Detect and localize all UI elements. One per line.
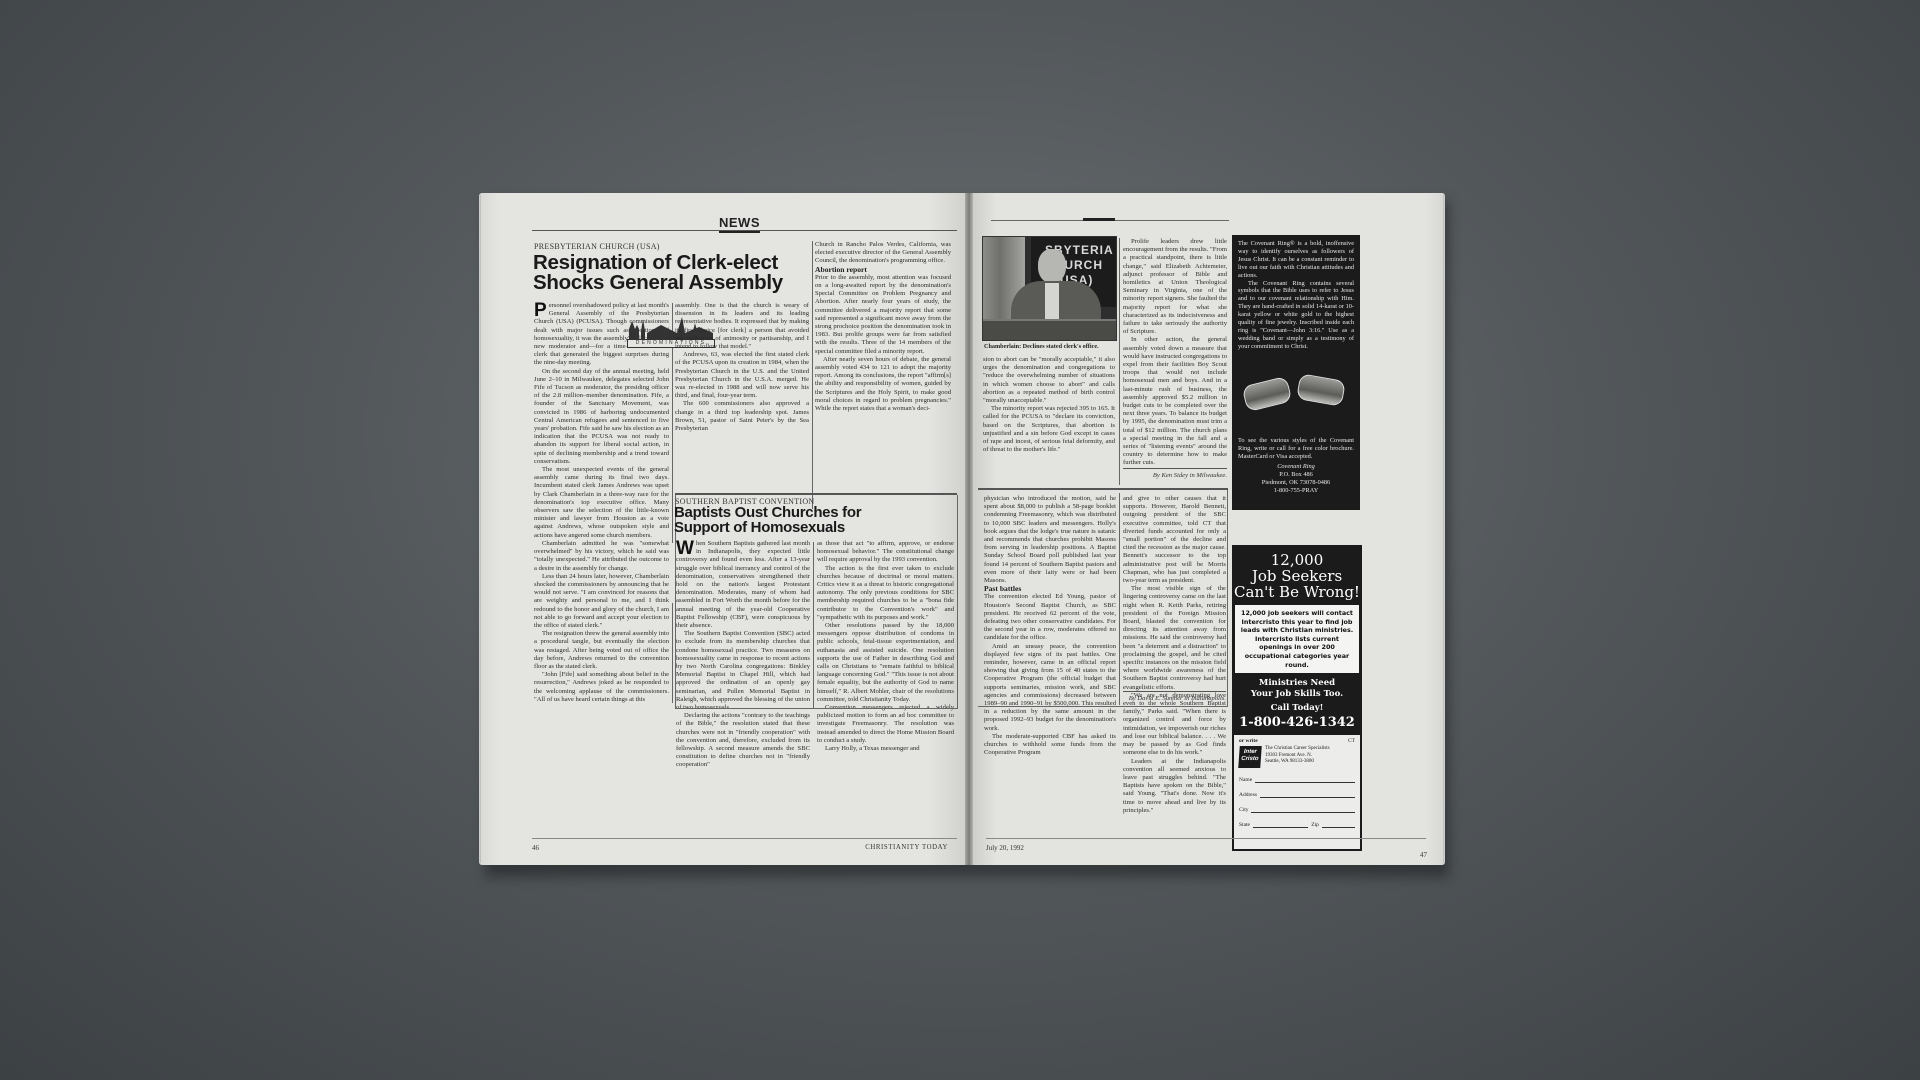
ad-paragraph: The Covenant Ring contains several symbo…	[1238, 280, 1354, 351]
headline-line: Support of Homosexuals	[674, 521, 954, 536]
article1-kicker: PRESBYTERIAN CHURCH (USA)	[534, 242, 660, 251]
photo-caption: Chamberlain: Declines stated clerk's off…	[984, 343, 1099, 350]
paragraph: The resignation threw the general assemb…	[534, 630, 669, 671]
subhead: Past battles	[984, 585, 1116, 593]
paragraph: Declaring the actions "contrary to the t…	[676, 712, 810, 769]
paragraph: Prior to the assembly, most attention wa…	[815, 274, 951, 356]
field-label: City	[1239, 807, 1248, 813]
headline-line: Shocks General Assembly	[533, 273, 803, 293]
ad-paragraph: The Covenant Ring® is a bold, inoffensiv…	[1238, 240, 1354, 280]
field-label: Zip	[1311, 822, 1319, 828]
ad-contact-phone: 1-800-755-PRAY	[1238, 487, 1354, 495]
ad-headline-line: Job Seekers	[1234, 568, 1360, 584]
article1-column-3: Church in Rancho Palos Verdes, Californi…	[815, 241, 951, 509]
article1-byline: By Ken Sidey in Milwaukee.	[1123, 472, 1227, 479]
or-write-label: or write	[1239, 738, 1258, 744]
article1-column-2: assembly. One is that the church is wear…	[675, 302, 809, 507]
article2-byline: By David E. Sumner in Indianapolis.	[1123, 695, 1226, 702]
ad-address: The Christian Career Specialists 19303 F…	[1265, 746, 1330, 768]
paragraph: Chamberlain admitted he was "somewhat ov…	[534, 540, 669, 573]
dropcap: W	[676, 541, 694, 556]
byline-rule	[1123, 468, 1227, 469]
page-edge	[1443, 195, 1445, 863]
ad-contact-city: Piedmont, OK 73078-0486	[1238, 479, 1354, 487]
page-number: 47	[1420, 851, 1427, 859]
paragraph: The action is the first ever taken to ex…	[817, 565, 954, 622]
box-bottom-rule	[675, 708, 958, 709]
photo-chamberlain: SBYTERIA CHURCH (USA)	[982, 236, 1117, 341]
article2-column-3: physician who introduced the motion, sai…	[984, 495, 1116, 705]
section-label: NEWS	[719, 215, 760, 233]
dropcap: P	[534, 303, 547, 318]
ad-body: 12,000 job seekers will contact Intercri…	[1234, 604, 1360, 674]
ad-contact-name: Covenant Ring	[1238, 463, 1354, 471]
paragraph: Leaders at the Indianapolis convention a…	[1123, 758, 1226, 815]
spine-gutter	[965, 193, 973, 865]
address-line: Seattle, WA 98133-3800	[1265, 759, 1330, 766]
paragraph: as those that act "to affirm, approve, o…	[817, 540, 954, 565]
paragraph: The 600 commissioners also approved a ch…	[675, 400, 809, 433]
ad-tagline: Your Job Skills Too.	[1234, 689, 1360, 700]
ad-headline-line: Can't Be Wrong!	[1234, 584, 1360, 600]
ad-headline: 12,000 Job Seekers Can't Be Wrong!	[1234, 547, 1360, 604]
article2-column-4: and give to other causes that it support…	[1123, 495, 1226, 691]
speaker-shirt	[1045, 283, 1059, 323]
paragraph: In other action, the general assembly vo…	[1123, 336, 1227, 467]
ad-phone: 1-800-426-1342	[1234, 715, 1360, 730]
paragraph: On the second day of the annual meeting,…	[534, 368, 669, 466]
paragraph: and give to other causes that it support…	[1123, 495, 1226, 585]
article2-headline: Baptists Oust Churches for Support of Ho…	[674, 506, 954, 535]
paragraph: Andrews, 63, was elected the first state…	[675, 351, 809, 400]
field-label: Name	[1239, 777, 1252, 783]
paragraph: The most unexpected events of the genera…	[534, 466, 669, 540]
intercristo-logo: Inter Cristo	[1238, 746, 1262, 768]
article2-column-2: as those that act "to affirm, approve, o…	[817, 540, 954, 710]
paragraph: Prolife leaders drew little encouragemen…	[1123, 238, 1227, 336]
article1-headline: Resignation of Clerk-elect Shocks Genera…	[533, 253, 803, 293]
column-rule	[672, 603, 673, 703]
state-zip-field[interactable]: StateZip	[1239, 821, 1355, 828]
paragraph: The minority report was rejected 395 to …	[983, 405, 1115, 454]
column-rule	[812, 241, 813, 509]
paragraph: Church in Rancho Palos Verdes, Californi…	[815, 241, 951, 266]
paragraph: hen Southern Baptists gathered last mont…	[676, 540, 810, 629]
page-number: 46	[532, 844, 539, 852]
box-rule	[1227, 490, 1228, 706]
ad-call-to-action: Ministries Need Your Job Skills Too. Cal…	[1234, 674, 1360, 735]
ad-code: CT	[1348, 738, 1355, 744]
paragraph: Convention messengers rejected a widely …	[817, 704, 954, 745]
issue-date: July 20, 1992	[986, 844, 1024, 852]
paragraph: Larry Holly, a Texas messenger and	[817, 745, 954, 753]
speaker-head	[1038, 249, 1066, 283]
address-line: The Christian Career Specialists	[1265, 746, 1330, 753]
column-rule	[1119, 493, 1120, 705]
ring-icon	[1242, 376, 1293, 412]
top-rule-accent	[1083, 218, 1115, 221]
article1-column-1: Personnel overshadowed policy at last mo…	[534, 302, 669, 702]
article1-column-5: Prolife leaders drew little encouragemen…	[1123, 238, 1227, 478]
covenant-ring-ad: The Covenant Ring® is a bold, inoffensiv…	[1232, 235, 1360, 510]
headline-line: Resignation of Clerk-elect	[533, 253, 803, 273]
footer-rule	[532, 838, 957, 839]
name-field[interactable]: Name	[1239, 776, 1355, 783]
field-label: State	[1239, 822, 1250, 828]
paragraph: The moderate-supported CBF has asked its…	[984, 733, 1116, 758]
column-rule	[1119, 238, 1120, 485]
subhead: Abortion report	[815, 266, 951, 274]
field-label: Address	[1239, 792, 1257, 798]
ad-paragraph: To see the various styles of the Covenan…	[1238, 437, 1354, 461]
article-divider	[978, 488, 1228, 490]
magazine-spread: NEWS PRESBYTERIAN CHURCH (USA) Resignati…	[479, 193, 1445, 869]
podium	[983, 319, 1116, 341]
byline-rule	[1123, 691, 1226, 692]
paragraph: "John [Fife] said something about belief…	[534, 671, 669, 704]
box-rule	[957, 495, 958, 708]
paragraph: After nearly seven hours of debate, the …	[815, 356, 951, 413]
paragraph: Less than 24 hours later, however, Chamb…	[534, 573, 669, 630]
intercristo-ad: 12,000 Job Seekers Can't Be Wrong! 12,00…	[1232, 545, 1362, 851]
city-field[interactable]: City	[1239, 806, 1355, 813]
paragraph: Other resolutions passed by the 18,000 m…	[817, 622, 954, 704]
ad-mail-form: or write CT Inter Cristo The Christian C…	[1234, 735, 1360, 831]
paragraph: physician who introduced the motion, sai…	[984, 495, 1116, 585]
column-rule	[813, 542, 814, 709]
paragraph: Amid an uneasy peace, the convention dis…	[984, 643, 1116, 733]
paragraph: The Southern Baptist Convention (SBC) ac…	[676, 630, 810, 712]
page-edge	[479, 195, 481, 863]
paragraph: assembly. One is that the church is wear…	[675, 302, 809, 351]
ring-icon	[1296, 373, 1346, 407]
ad-cta: Call Today!	[1234, 702, 1360, 715]
magazine-name: CHRISTIANITY TODAY	[865, 844, 948, 851]
article2-column-1: When Southern Baptists gathered last mon…	[676, 540, 810, 710]
article1-column-4: sion to abort can be "morally acceptable…	[983, 356, 1115, 486]
paragraph: sion to abort can be "morally acceptable…	[983, 356, 1115, 405]
ad-contact-po-box: P.O. Box 486	[1238, 471, 1354, 479]
ad-headline-line: 12,000	[1234, 552, 1360, 568]
article-divider	[675, 493, 957, 495]
ad-tagline: Ministries Need	[1234, 678, 1360, 689]
left-page: NEWS PRESBYTERIAN CHURCH (USA) Resignati…	[479, 193, 968, 865]
rings-illustration	[1238, 367, 1354, 429]
footer-rule	[986, 838, 1426, 839]
address-field[interactable]: Address	[1239, 791, 1355, 798]
box-bottom-rule	[978, 706, 1228, 707]
paragraph: The convention elected Ed Young, pastor …	[984, 593, 1116, 642]
right-page: SBYTERIA CHURCH (USA) Chamberlain: Decli…	[968, 193, 1445, 865]
paragraph: The most visible sign of the lingering c…	[1123, 585, 1226, 692]
